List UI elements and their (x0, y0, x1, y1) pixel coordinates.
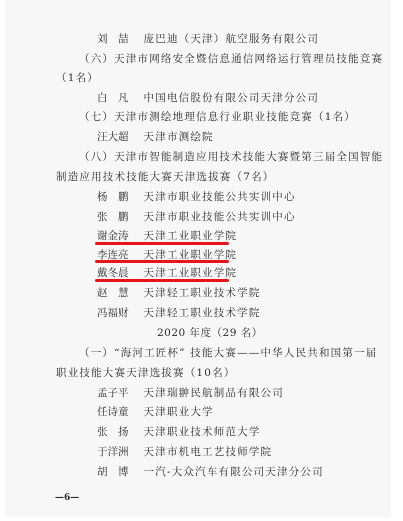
document-page: 刘 喆 庞巴迪（天津）航空服务有限公司 （六）天津市网络安全暨信息通信网络运行管… (5, 0, 391, 517)
organization: 天津职业技术师范大学 (144, 425, 261, 439)
section-heading-continuation: （1名） (56, 71, 99, 85)
organization: 一汽-大众汽车有限公司天津分公司 (144, 465, 324, 479)
section-heading-continuation: 制造应用技术技能大赛天津选拔赛（7名） (56, 170, 274, 184)
person-name: 孟子平 (97, 386, 139, 400)
person-name: 赵 慧 (97, 286, 139, 300)
person-name: 张 扬 (97, 425, 139, 439)
organization: 天津市机电工艺技师学院 (144, 445, 273, 459)
person-name: 于洋洲 (97, 445, 139, 459)
section-heading-continuation: 职业技能大赛天津选拔赛（10名） (56, 366, 236, 380)
person-name: 汪大超 (97, 130, 139, 144)
organization: 天津轻工职业技术学院 (144, 306, 261, 320)
entry-line: 胡 博 一汽-大众汽车有限公司天津分公司 (97, 465, 324, 479)
person-name: 谢金涛 (97, 229, 139, 243)
red-underline-mark (95, 279, 229, 282)
red-underline-mark (95, 260, 229, 263)
section-heading: （七）天津市测绘地理信息行业职业技能竞赛（1名） (79, 110, 356, 124)
person-name: 白 凡 (97, 91, 139, 105)
entry-line: 张 鹏 天津市职业技能公共实训中心 (97, 210, 296, 224)
person-name: 戴冬晨 (97, 266, 139, 280)
organization: 天津轻工职业技术学院 (144, 286, 261, 300)
organization: 天津瑞翀民航制品有限公司 (144, 386, 284, 400)
highlighted-entry-line: 谢金涛 天津工业职业学院 (97, 229, 237, 243)
person-name: 任诗童 (97, 405, 139, 419)
organization: 天津市职业技能公共实训中心 (144, 190, 296, 204)
entry-line: 白 凡 中国电信股份有限公司天津分公司 (97, 91, 319, 105)
highlighted-entry-line: 戴冬晨 天津工业职业学院 (97, 266, 237, 280)
entry-line: 汪大超 天津市测绘院 (97, 130, 214, 144)
organization: 天津职业大学 (144, 405, 214, 419)
entry-line: 赵 慧 天津轻工职业技术学院 (97, 286, 261, 300)
person-name: 杨 鹏 (97, 190, 139, 204)
year-heading: 2020 年度（29 名） (157, 326, 263, 340)
section-heading: （六）天津市网络安全暨信息通信网络运行管理员技能竞赛 (79, 52, 383, 66)
organization: 庞巴迪（天津）航空服务有限公司 (144, 32, 320, 46)
entry-line: 刘 喆 庞巴迪（天津）航空服务有限公司 (97, 32, 319, 46)
section-heading: （八）天津市智能制造应用技术技能大赛暨第三届全国智能 (79, 150, 383, 164)
entry-line: 任诗童 天津职业大学 (97, 405, 214, 419)
organization: 天津市测绘院 (144, 130, 214, 144)
entry-line: 于洋洲 天津市机电工艺技师学院 (97, 445, 272, 459)
person-name: 张 鹏 (97, 210, 139, 224)
entry-line: 冯福财 天津轻工职业技术学院 (97, 306, 261, 320)
entry-line: 孟子平 天津瑞翀民航制品有限公司 (97, 386, 284, 400)
person-name: 胡 博 (97, 465, 139, 479)
person-name: 刘 喆 (97, 32, 139, 46)
organization: 天津工业职业学院 (144, 229, 238, 243)
organization: 天津工业职业学院 (144, 266, 238, 280)
person-name: 冯福财 (97, 306, 139, 320)
page-number: —6— (55, 493, 79, 503)
organization: 中国电信股份有限公司天津分公司 (144, 91, 320, 105)
section-heading: （一）“海河工匠杯” 技能大赛——中华人民共和国第一届 (79, 346, 377, 360)
entry-line: 张 扬 天津职业技术师范大学 (97, 425, 261, 439)
organization: 天津市职业技能公共实训中心 (144, 210, 296, 224)
red-underline-mark (95, 242, 229, 245)
entry-line: 杨 鹏 天津市职业技能公共实训中心 (97, 190, 296, 204)
